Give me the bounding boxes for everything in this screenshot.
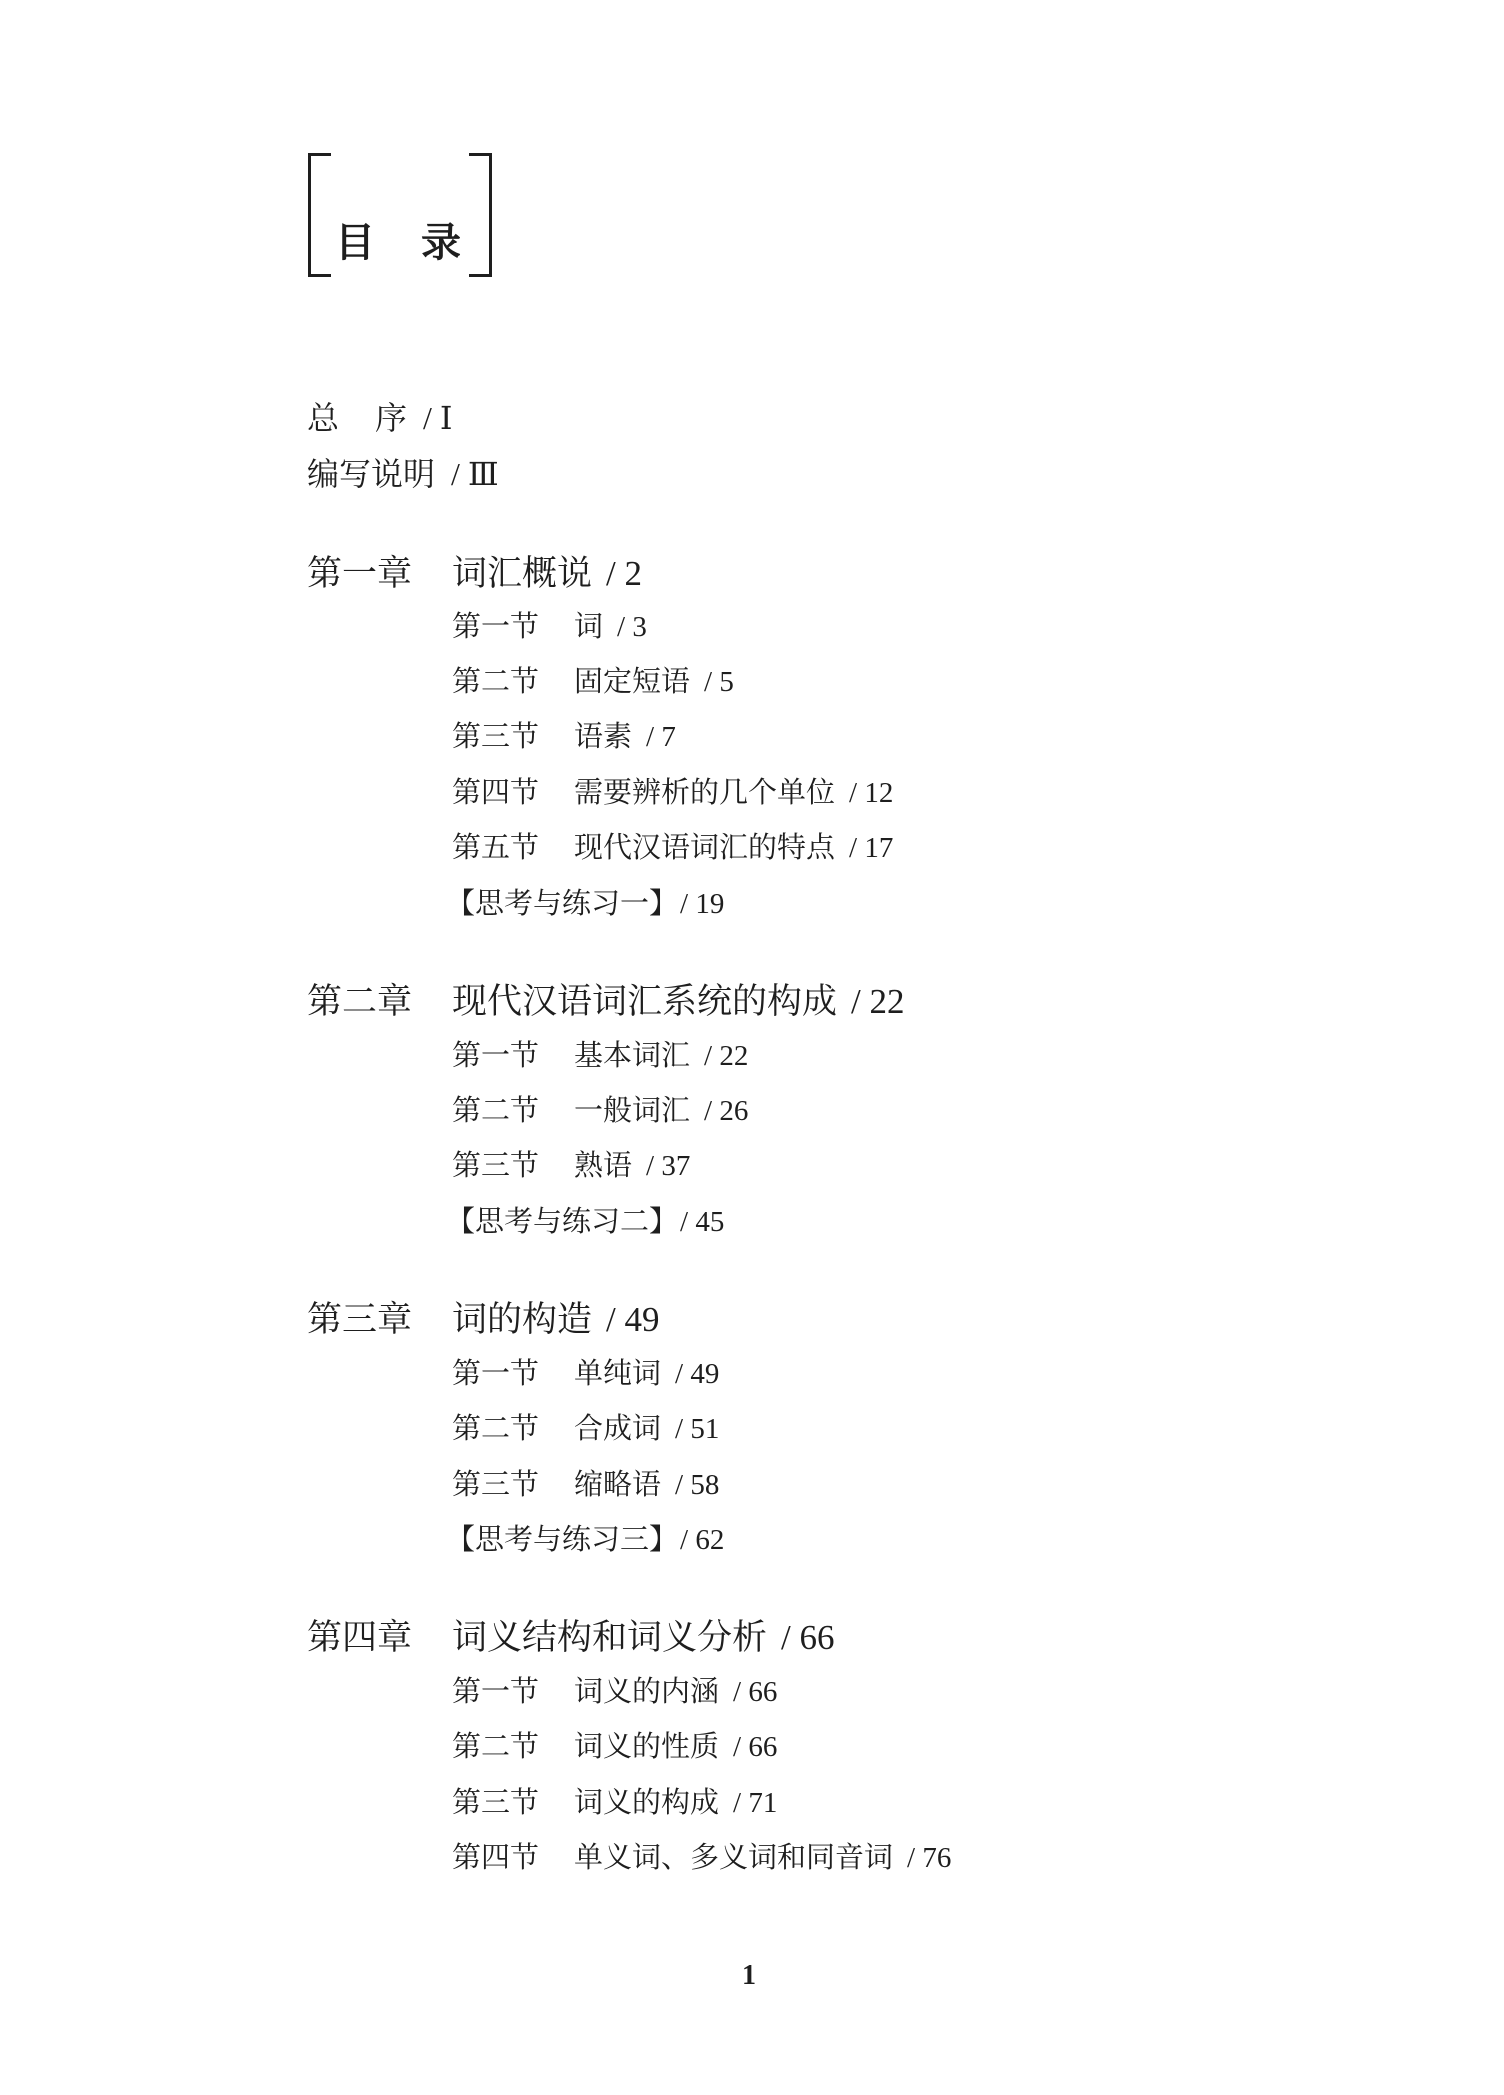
chapter-label: 第一章 <box>307 557 452 592</box>
section-label: 第二节 <box>452 1096 574 1125</box>
section-label: 第一节 <box>452 612 574 641</box>
section-title: 熟语 <box>574 1148 632 1182</box>
toc-section[interactable]: 第二节词义的性质/ 66 <box>452 1732 777 1762</box>
section-page: / 51 <box>675 1413 719 1445</box>
toc-chapter-4[interactable]: 第四章词义结构和词义分析/ 66 <box>307 1620 835 1656</box>
exercise-page: / 19 <box>680 888 724 920</box>
section-label: 第三节 <box>452 1470 574 1499</box>
chapter-label: 第三章 <box>307 1303 452 1338</box>
section-label: 第四节 <box>452 1843 574 1872</box>
section-label: 第四节 <box>452 778 574 807</box>
chapter-page: / 49 <box>606 1300 659 1339</box>
right-bracket-icon <box>469 153 492 277</box>
section-label: 第一节 <box>452 1359 574 1388</box>
section-page: / 7 <box>646 721 676 753</box>
chapter-title: 现代汉语词汇系统的构成 <box>452 982 837 1022</box>
toc-section[interactable]: 第一节词义的内涵/ 66 <box>452 1677 777 1707</box>
section-title: 词义的性质 <box>574 1729 719 1763</box>
toc-section[interactable]: 第五节现代汉语词汇的特点/ 17 <box>452 833 893 863</box>
section-title: 词义的内涵 <box>574 1674 719 1708</box>
section-page: / 66 <box>733 1676 777 1708</box>
exercise-title: 【思考与练习三】 <box>446 1522 678 1556</box>
toc-title-block: 目录 <box>308 153 492 273</box>
chapter-page: / 22 <box>851 982 904 1021</box>
section-page: / 26 <box>704 1095 748 1127</box>
toc-section[interactable]: 第二节合成词/ 51 <box>452 1414 719 1444</box>
title-char-1: 目 <box>335 220 375 266</box>
left-bracket-icon <box>308 153 331 277</box>
chapter-page: / 2 <box>606 554 642 593</box>
page-title: 目录 <box>335 219 461 267</box>
section-label: 第三节 <box>452 1151 574 1180</box>
section-page: / 58 <box>675 1469 719 1501</box>
section-title: 单纯词 <box>574 1356 661 1390</box>
entry-title: 编写说明 <box>307 455 435 493</box>
section-label: 第五节 <box>452 833 574 862</box>
section-title: 语素 <box>574 719 632 753</box>
section-label: 第二节 <box>452 1732 574 1761</box>
exercise-title: 【思考与练习二】 <box>446 1204 678 1238</box>
toc-entry-preface[interactable]: 总序/ Ⅰ <box>307 402 453 434</box>
section-title: 现代汉语词汇的特点 <box>574 830 835 864</box>
section-title: 固定短语 <box>574 664 690 698</box>
section-label: 第一节 <box>452 1041 574 1070</box>
toc-section[interactable]: 第二节固定短语/ 5 <box>452 667 734 697</box>
entry-title: 序 <box>375 399 407 437</box>
section-label: 第二节 <box>452 1414 574 1443</box>
toc-page: 目录 总序/ Ⅰ 编写说明/ Ⅲ 第一章词汇概说/ 2 第一节词/ 3 第二节固… <box>0 0 1504 2095</box>
section-title: 需要辨析的几个单位 <box>574 775 835 809</box>
toc-section[interactable]: 第四节单义词、多义词和同音词/ 76 <box>452 1843 951 1873</box>
section-label: 第三节 <box>452 722 574 751</box>
toc-exercise[interactable]: 【思考与练习二】/ 45 <box>446 1207 724 1237</box>
section-page: / 3 <box>617 611 647 643</box>
toc-section[interactable]: 第三节语素/ 7 <box>452 722 676 752</box>
chapter-page: / 66 <box>781 1618 834 1657</box>
entry-page: / Ⅲ <box>451 456 499 492</box>
page-number: 1 <box>742 1960 756 1992</box>
section-title: 词 <box>574 609 603 643</box>
chapter-title: 词的构造 <box>452 1300 592 1340</box>
entry-page: / Ⅰ <box>423 400 453 436</box>
toc-section[interactable]: 第一节词/ 3 <box>452 612 647 642</box>
toc-chapter-3[interactable]: 第三章词的构造/ 49 <box>307 1302 660 1338</box>
chapter-title: 词义结构和词义分析 <box>452 1618 767 1658</box>
section-title: 基本词汇 <box>574 1038 690 1072</box>
toc-section[interactable]: 第三节缩略语/ 58 <box>452 1470 719 1500</box>
toc-exercise[interactable]: 【思考与练习一】/ 19 <box>446 889 724 919</box>
section-title: 词义的构成 <box>574 1785 719 1819</box>
toc-section[interactable]: 第一节单纯词/ 49 <box>452 1359 719 1389</box>
toc-exercise[interactable]: 【思考与练习三】/ 62 <box>446 1525 724 1555</box>
toc-section[interactable]: 第三节熟语/ 37 <box>452 1151 690 1181</box>
section-page: / 5 <box>704 666 734 698</box>
section-page: / 17 <box>849 832 893 864</box>
section-page: / 37 <box>646 1150 690 1182</box>
section-title: 缩略语 <box>574 1467 661 1501</box>
chapter-label: 第二章 <box>307 985 452 1020</box>
toc-section[interactable]: 第四节需要辨析的几个单位/ 12 <box>452 778 893 808</box>
section-label: 第三节 <box>452 1788 574 1817</box>
exercise-page: / 62 <box>680 1524 724 1556</box>
section-title: 单义词、多义词和同音词 <box>574 1840 893 1874</box>
entry-title: 总 <box>307 399 339 437</box>
toc-chapter-2[interactable]: 第二章现代汉语词汇系统的构成/ 22 <box>307 984 905 1020</box>
section-label: 第一节 <box>452 1677 574 1706</box>
chapter-title: 词汇概说 <box>452 554 592 594</box>
toc-chapter-1[interactable]: 第一章词汇概说/ 2 <box>307 556 642 592</box>
section-page: / 71 <box>733 1787 777 1819</box>
section-page: / 66 <box>733 1731 777 1763</box>
chapter-label: 第四章 <box>307 1621 452 1656</box>
section-page: / 12 <box>849 777 893 809</box>
section-page: / 22 <box>704 1040 748 1072</box>
toc-section[interactable]: 第二节一般词汇/ 26 <box>452 1096 748 1126</box>
toc-section[interactable]: 第一节基本词汇/ 22 <box>452 1041 748 1071</box>
toc-section[interactable]: 第三节词义的构成/ 71 <box>452 1788 777 1818</box>
toc-entry-editorial-notes[interactable]: 编写说明/ Ⅲ <box>307 458 499 490</box>
section-title: 一般词汇 <box>574 1093 690 1127</box>
section-label: 第二节 <box>452 667 574 696</box>
title-char-2: 录 <box>421 220 461 266</box>
exercise-title: 【思考与练习一】 <box>446 886 678 920</box>
exercise-page: / 45 <box>680 1206 724 1238</box>
section-title: 合成词 <box>574 1411 661 1445</box>
section-page: / 76 <box>907 1842 951 1874</box>
section-page: / 49 <box>675 1358 719 1390</box>
